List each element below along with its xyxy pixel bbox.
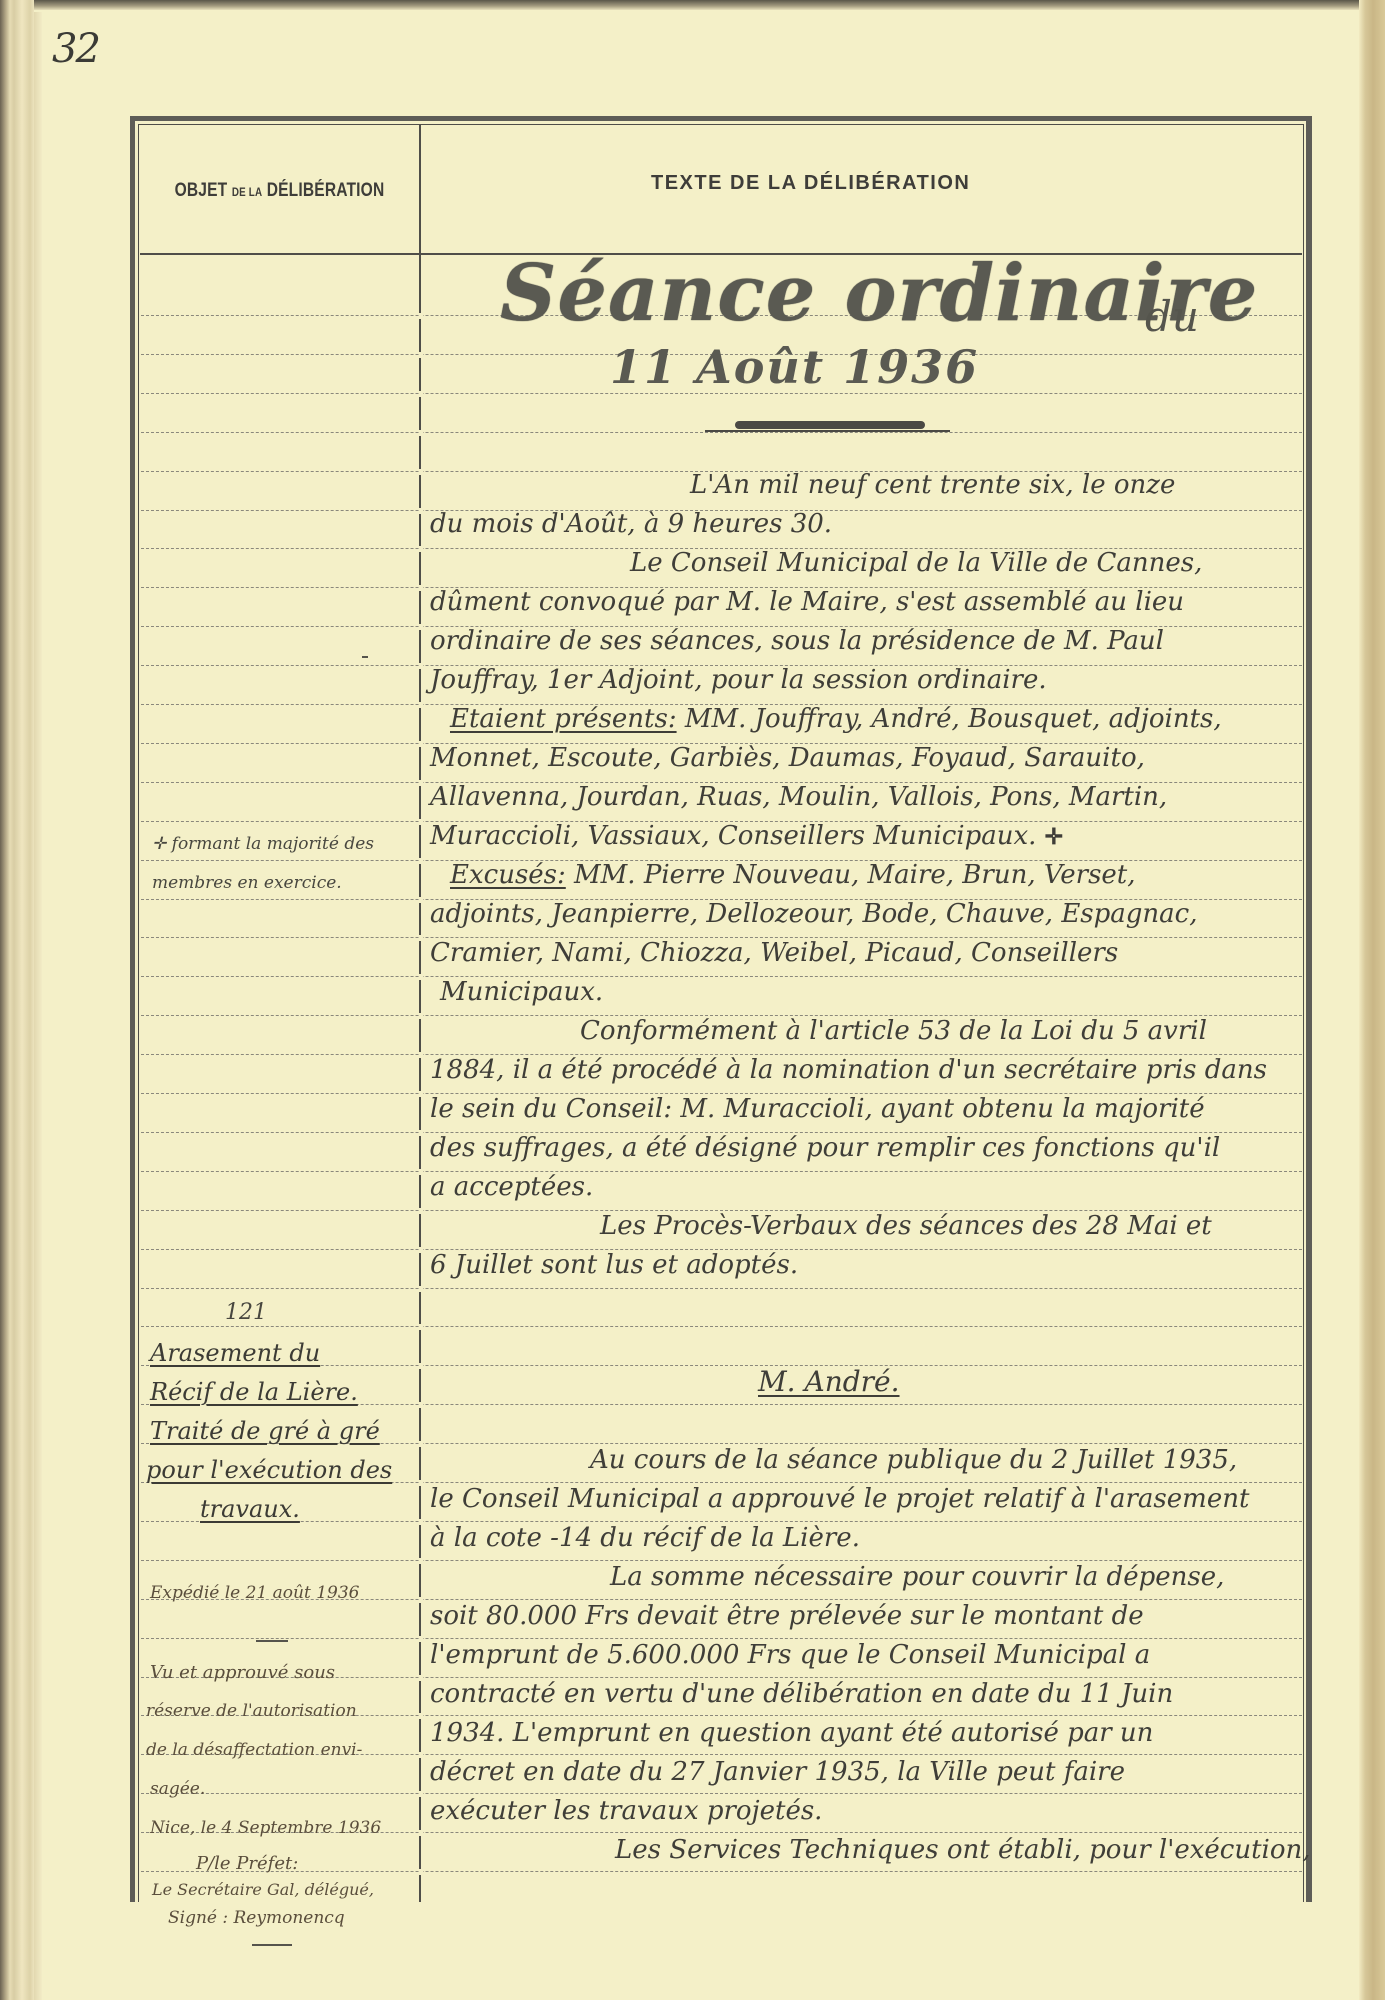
subject-line: pour l'exécution des [146,1456,414,1484]
body-line: Municipaux. [440,977,603,1007]
body-line: MM. Pierre Nouveau, Maire, Brun, Verset, [574,860,1135,890]
page-edge [34,12,42,2000]
subject-line: Traité de gré à gré [150,1417,418,1445]
signature-underline [252,1944,292,1946]
header-word-objet: OBJET [175,180,228,201]
body-line: dûment convoqué par M. le Maire, s'est a… [430,587,1184,617]
body-line: Conformément à l'article 53 de la Loi du… [580,1016,1207,1046]
body-line: des suffrages, a été désigné pour rempli… [430,1133,1220,1163]
subject-line: Arasement du [150,1339,418,1367]
book-binding-left [0,0,34,2000]
dispatch-note: Expédié le 21 août 1936 [150,1583,418,1603]
approval-line: sagée. [150,1779,418,1799]
column-header-objet: OBJET DE LA DÉLIBÉRATION [165,180,394,202]
body-line: Jouffray, 1er Adjoint, pour la session o… [430,665,1047,695]
page-number: 32 [52,26,99,72]
body-line: le sein du Conseil: M. Muraccioli, ayant… [430,1094,1205,1124]
body-line: Allavenna, Jourdan, Ruas, Moulin, Valloi… [430,782,1167,812]
section-line: le Conseil Municipal a approuvé le proje… [430,1484,1249,1514]
body-line: L'An mil neuf cent trente six, le onze [690,470,1175,500]
signature-title: Le Secrétaire Gal, délégué, [152,1880,374,1899]
body-line: MM. Jouffray, André, Bousquet, adjoints, [685,704,1222,734]
approval-prefect: P/le Préfet: [196,1853,464,1874]
ruled-line [141,1638,1302,1639]
column-header-texte: TEXTE DE LA DÉLIBÉRATION [421,172,1221,195]
session-date: 11 Août 1936 [610,340,979,394]
section-line: Au cours de la séance publique du 2 Juil… [590,1445,1237,1475]
body-line: a acceptées. [430,1172,593,1202]
label-presents: Etaient présents: [450,704,677,734]
body-line: 6 Juillet sont lus et adoptés. [430,1250,798,1280]
approval-place-date: Nice, le 4 Septembre 1936 [150,1818,418,1838]
section-line: décret en date du 27 Janvier 1935, la Vi… [430,1757,1125,1787]
deliberation-number: 121 [225,1300,493,1325]
margin-separator [256,1640,288,1642]
ruled-line [141,1326,1302,1327]
subject-line: Récif de la Lière. [150,1378,418,1406]
attendees-excused: Excusés: MM. Pierre Nouveau, Maire, Brun… [450,860,1136,890]
body-line: 1884, il a été procédé à la nomination d… [430,1055,1267,1085]
margin-note-majority: membres en exercice. [152,873,420,893]
signature-name: Signé : Reymonencq [168,1908,345,1928]
body-line: du mois d'Août, à 9 heures 30. [430,509,832,539]
ruled-line [141,1288,1302,1289]
body-line: Cramier, Nami, Chiozza, Weibel, Picaud, … [430,938,1118,968]
approval-line: réserve de l'autorisation [146,1701,414,1721]
section-speaker: M. André. [758,1367,900,1397]
body-line: adjoints, Jeanpierre, Dellozeour, Bode, … [430,899,1198,929]
approval-line: de la désaffectation envi- [146,1740,414,1760]
body-line: Le Conseil Municipal de la Ville de Cann… [630,548,1202,578]
section-line: à la cote -14 du récif de la Lière. [430,1523,860,1553]
body-line: Monnet, Escoute, Garbiès, Daumas, Foyaud… [430,743,1145,773]
ruled-line [141,1560,1302,1561]
header-word-de-la: DE LA [232,185,262,199]
attendees-present: Etaient présents: MM. Jouffray, André, B… [450,704,1222,734]
speaker-name: M. André. [758,1365,900,1398]
body-line: ordinaire de ses séances, sous la présid… [430,626,1164,656]
body-line: Muraccioli, Vassiaux, Conseillers Munici… [430,821,1036,851]
title-underline-bar [735,421,925,429]
section-line: soit 80.000 Frs devait être prélevée sur… [430,1601,1144,1631]
header-word-deliberation: DÉLIBÉRATION [267,180,385,201]
section-line: contracté en vertu d'une délibération en… [430,1679,1173,1709]
subject-line: travaux. [200,1495,468,1523]
section-line: La somme nécessaire pour couvrir la dépe… [610,1562,1224,1592]
session-title-du: du [1145,292,1199,341]
book-top-edge [0,0,1385,10]
body-line: Les Procès-Verbaux des séances des 28 Ma… [600,1211,1212,1241]
book-binding-right [1359,0,1385,2000]
margin-dash-mark [362,656,368,658]
approval-line: Vu et approuvé sous [150,1662,418,1683]
cross-reference-icon: ✛ [1045,824,1063,850]
section-line: Les Services Techniques ont établi, pour… [615,1835,1311,1865]
section-line: exécuter les travaux projetés. [430,1796,822,1826]
ruled-line [141,1171,1302,1172]
title-underline-thin [705,430,950,432]
ruled-line [141,976,1302,977]
section-line: l'emprunt de 5.600.000 Frs que le Consei… [430,1640,1150,1670]
margin-note-majority: ✛ formant la majorité des [152,834,420,854]
attendees-present-end: Muraccioli, Vassiaux, Conseillers Munici… [430,821,1063,852]
label-excuses: Excusés: [450,860,566,890]
section-line: 1934. L'emprunt en question ayant été au… [430,1718,1153,1748]
ruled-line [141,432,1302,433]
